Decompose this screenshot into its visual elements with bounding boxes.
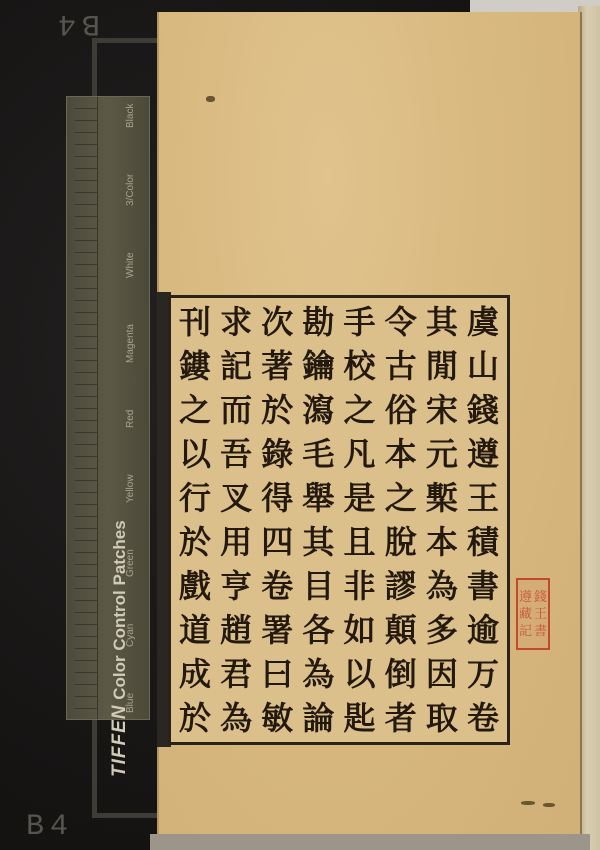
text-char: 者 (385, 700, 417, 736)
text-char: 積 (467, 524, 499, 560)
text-char: 書 (467, 568, 499, 604)
text-char: 勘 (302, 304, 334, 340)
text-char: 敏 (261, 700, 293, 736)
text-char: 非 (344, 568, 376, 604)
text-char: 戲 (179, 568, 211, 604)
text-char: 趙 (220, 612, 252, 648)
text-char: 閒 (426, 348, 458, 384)
text-char: 次 (261, 304, 293, 340)
text-char: 成 (179, 656, 211, 692)
text-char: 凡 (344, 436, 376, 472)
text-frame: 虞山錢遵王積書逾万卷 其閒宋元槧本為多因取 令古俗本之脫謬顛倒者 手校之凡是且非… (168, 295, 510, 745)
text-char: 因 (426, 656, 458, 692)
text-char: 錢 (467, 392, 499, 428)
text-char: 倒 (385, 656, 417, 692)
text-char: 行 (179, 480, 211, 516)
paper-stain (543, 803, 555, 807)
text-column: 令古俗本之脫謬顛倒者 (383, 304, 419, 736)
seal-char: 書 (533, 623, 548, 640)
ruler-color-labels: BlueCyanGreenYellowRedMagentaWhite3/Colo… (125, 97, 147, 719)
text-column: 勘鑰瀉毛舉其目各為論 (300, 304, 336, 736)
ghost-label-top: B4 (52, 6, 100, 40)
color-control-ruler: TIFFEN Color Control Patches BlueCyanGre… (66, 96, 150, 720)
text-char: 各 (302, 612, 334, 648)
seal-char: 遵 (518, 589, 533, 606)
red-seal-stamp: 錢遵王藏書記 (516, 578, 550, 650)
ruler-ticks (75, 97, 98, 719)
text-char: 鏤 (179, 348, 211, 384)
text-char: 為 (426, 568, 458, 604)
text-char: 鑰 (302, 348, 334, 384)
ruler-color-label: Magenta (125, 324, 147, 363)
text-char: 為 (302, 656, 334, 692)
text-char: 卷 (261, 568, 293, 604)
seal-char: 記 (518, 623, 533, 640)
text-column: 次著於錄得四卷署曰敏 (259, 304, 295, 736)
paper-stain (206, 96, 215, 102)
ruler-color-label: 3/Color (125, 174, 147, 206)
ruler-color-label: Black (125, 103, 147, 127)
ruler-color-label: Green (125, 549, 147, 577)
text-char: 古 (385, 348, 417, 384)
text-char: 刊 (179, 304, 211, 340)
text-char: 俗 (385, 392, 417, 428)
text-char: 以 (344, 656, 376, 692)
ruler-color-label: Yellow (125, 474, 147, 503)
text-column: 虞山錢遵王積書逾万卷 (465, 304, 501, 736)
text-char: 多 (426, 612, 458, 648)
text-char: 於 (179, 700, 211, 736)
text-char: 之 (385, 480, 417, 516)
ruler-color-label: Cyan (125, 623, 147, 646)
seal-char: 藏 (518, 606, 533, 623)
seal-char: 錢 (533, 589, 548, 606)
text-char: 吾 (220, 436, 252, 472)
text-char: 叉 (220, 480, 252, 516)
text-char: 瀉 (302, 392, 334, 428)
text-char: 於 (179, 524, 211, 560)
paper-stain (521, 801, 535, 805)
page-bottom-shadow (150, 834, 590, 850)
text-char: 之 (344, 392, 376, 428)
text-char: 手 (344, 304, 376, 340)
text-char: 顛 (385, 612, 417, 648)
text-char: 謬 (385, 568, 417, 604)
text-char: 脫 (385, 524, 417, 560)
text-char: 其 (426, 304, 458, 340)
text-char: 曰 (261, 656, 293, 692)
text-char: 舉 (302, 480, 334, 516)
ruler-color-label: Red (125, 410, 147, 428)
text-char: 槧 (426, 480, 458, 516)
text-char: 道 (179, 612, 211, 648)
text-char: 且 (344, 524, 376, 560)
text-char: 之 (179, 392, 211, 428)
text-char: 王 (467, 480, 499, 516)
text-char: 虞 (467, 304, 499, 340)
text-char: 宋 (426, 392, 458, 428)
text-char: 逾 (467, 612, 499, 648)
text-char: 為 (220, 700, 252, 736)
seal-char: 王 (533, 606, 548, 623)
text-char: 錄 (261, 436, 293, 472)
text-char: 於 (261, 392, 293, 428)
ghost-label-bottom: B4 (26, 810, 74, 844)
text-char: 以 (179, 436, 211, 472)
text-char: 卷 (467, 700, 499, 736)
text-char: 本 (385, 436, 417, 472)
text-char: 論 (302, 700, 334, 736)
text-column: 刊鏤之以行於戲道成於 (177, 304, 213, 736)
text-char: 是 (344, 480, 376, 516)
text-char: 校 (344, 348, 376, 384)
text-char: 署 (261, 612, 293, 648)
text-char: 君 (220, 656, 252, 692)
text-char: 本 (426, 524, 458, 560)
text-char: 而 (220, 392, 252, 428)
text-char: 目 (302, 568, 334, 604)
text-char: 著 (261, 348, 293, 384)
text-column: 手校之凡是且非如以匙 (342, 304, 378, 736)
text-char: 元 (426, 436, 458, 472)
text-column: 其閒宋元槧本為多因取 (424, 304, 460, 736)
text-char: 其 (302, 524, 334, 560)
text-char: 山 (467, 348, 499, 384)
text-char: 用 (220, 524, 252, 560)
text-char: 万 (467, 656, 499, 692)
text-char: 亨 (220, 568, 252, 604)
text-char: 毛 (302, 436, 334, 472)
ruler-color-label: Blue (125, 693, 147, 713)
text-column: 求記而吾叉用亨趙君為 (218, 304, 254, 736)
text-char: 四 (261, 524, 293, 560)
text-columns: 虞山錢遵王積書逾万卷 其閒宋元槧本為多因取 令古俗本之脫謬顛倒者 手校之凡是且非… (177, 304, 501, 736)
ruler-color-label: White (125, 252, 147, 278)
text-char: 如 (344, 612, 376, 648)
text-char: 記 (220, 348, 252, 384)
text-char: 遵 (467, 436, 499, 472)
text-char: 匙 (344, 700, 376, 736)
text-char: 得 (261, 480, 293, 516)
text-char: 令 (385, 304, 417, 340)
text-char: 取 (426, 700, 458, 736)
text-char: 求 (220, 304, 252, 340)
